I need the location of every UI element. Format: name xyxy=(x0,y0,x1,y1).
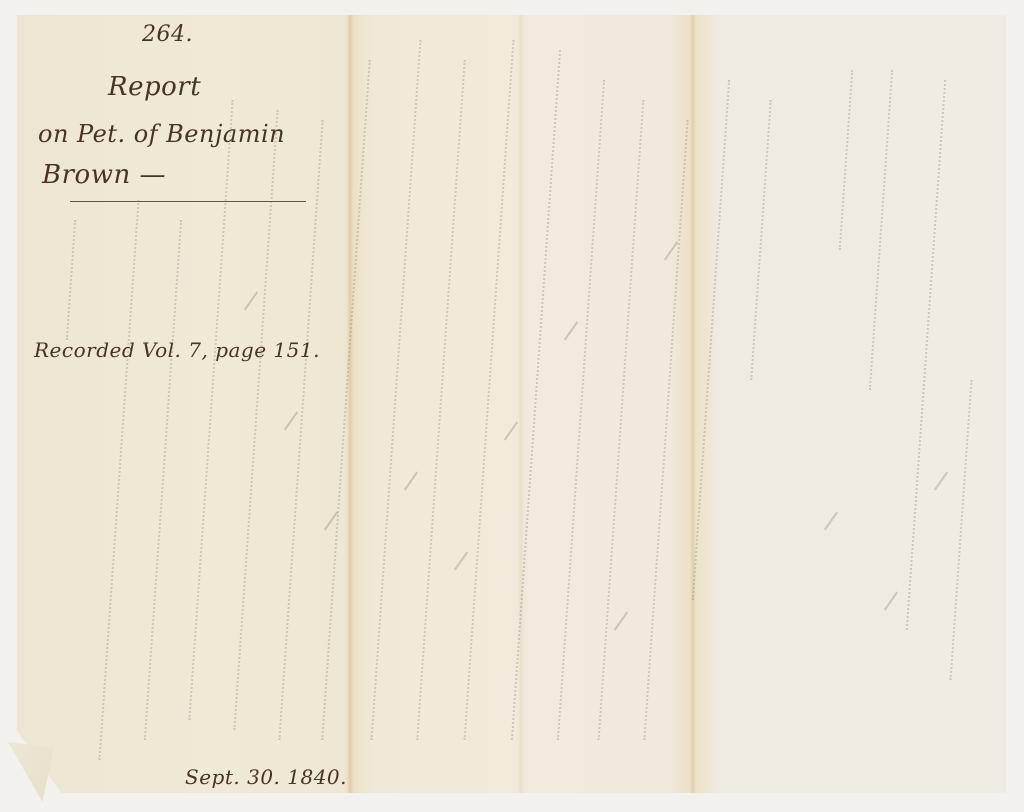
docket-date: Sept. 30. 1840. xyxy=(185,765,347,789)
docket-title-line-1: Report xyxy=(108,72,201,102)
recorded-note: Recorded Vol. 7, page 151. xyxy=(34,338,320,362)
document-scan: 264. Report on Pet. of Benjamin Brown — … xyxy=(0,0,1024,812)
folded-corner xyxy=(8,742,54,802)
docket-underline xyxy=(70,201,306,202)
docket-number: 264. xyxy=(142,22,193,47)
docket-title-line-2: on Pet. of Benjamin xyxy=(38,120,285,148)
docket-title-line-3: Brown — xyxy=(42,160,166,190)
